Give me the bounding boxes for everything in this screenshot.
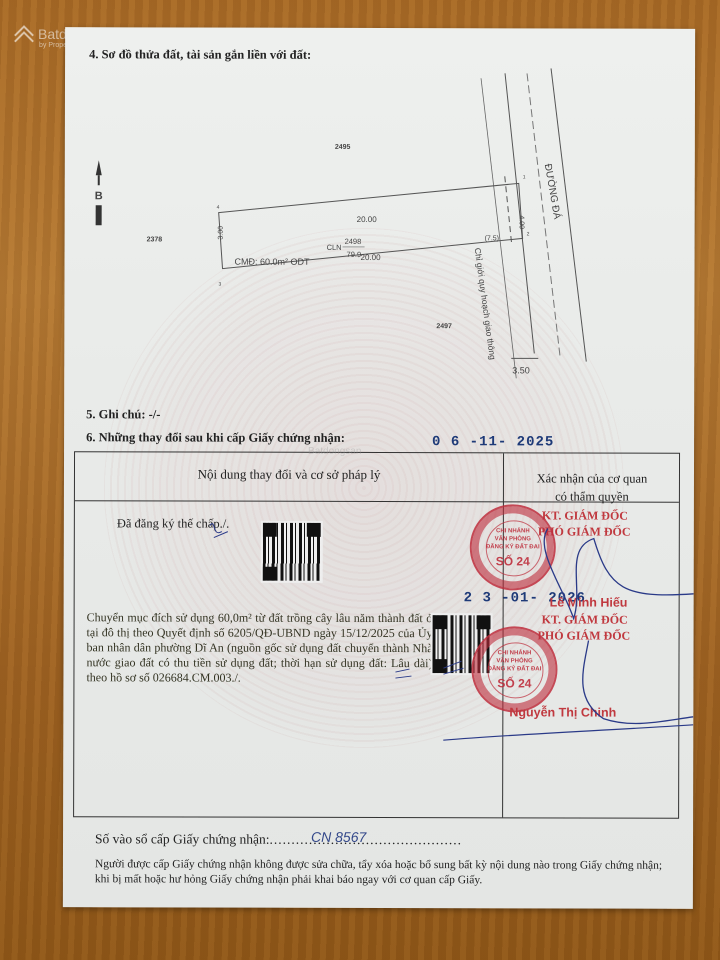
land-certificate-page: 4. Sơ đồ thửa đất, tài sản gắn liền với … [63,27,695,909]
svg-text:4: 4 [217,205,220,211]
batdongsan-logo-icon [14,26,34,42]
svg-text:3: 3 [218,282,221,288]
date-stamp-1: 0 6 -11- 2025 [432,434,554,450]
change-entry-mortgage: Đã đăng ký thế chấp./. [117,516,230,531]
official-seal-2: CHI NHÁNH VĂN PHÒNG ĐĂNG KÝ ĐẤT ĐAI SỐ 2… [471,626,557,712]
section-5-title: 5. Ghi chú: -/- [86,407,160,422]
svg-text:2495: 2495 [335,144,351,151]
official-seal-1: CHI NHÁNH VĂN PHÒNG ĐĂNG KÝ ĐẤT ĐAI SỐ 2… [470,504,556,590]
svg-text:2497: 2497 [436,323,452,330]
svg-text:CLN: CLN [327,243,342,252]
section-6-title: 6. Những thay đổi sau khi cấp Giấy chứng… [86,430,345,446]
svg-text:ĐƯỜNG ĐÁ: ĐƯỜNG ĐÁ [542,163,564,221]
svg-text:20.00: 20.00 [361,253,382,262]
svg-text:B: B [95,190,103,202]
signer-name-2: Nguyễn Thị Chinh [509,705,616,719]
column-header-content: Nội dung thay đổi và cơ sở pháp lý [75,466,503,483]
signer-name-1: Lê Minh Hiếu [550,595,628,609]
svg-text:4.00: 4.00 [518,215,525,229]
qr-code-icon[interactable] [261,521,323,583]
svg-text:3.00: 3.00 [218,226,225,240]
svg-text:1: 1 [523,174,526,180]
registry-number-line: Số vào sổ cấp Giấy chứng nhận:..........… [95,831,462,848]
svg-text:(7.5): (7.5) [485,235,499,242]
signer-title-2b: PHÓ GIÁM ĐỐC [538,628,631,643]
svg-text:2: 2 [527,231,530,237]
north-arrow-icon: B [95,160,103,225]
svg-text:2498: 2498 [345,237,362,246]
svg-text:Chỉ giới quy hoạch giao thông: Chỉ giới quy hoạch giao thông [473,247,498,360]
svg-text:2378: 2378 [147,236,163,243]
svg-text:79.9: 79.9 [347,250,362,259]
registry-number-value: CN 8567 [311,829,366,845]
signer-title-1a: KT. GIÁM ĐỐC [542,508,628,523]
footer-warning-note: Người được cấp Giấy chứng nhận không đượ… [95,857,675,889]
land-plot-diagram: B 2495 2378 2497 20.00 20.00 3.00 4.00 (… [64,27,695,429]
svg-text:3.50: 3.50 [512,365,530,375]
signer-title-2a: KT. GIÁM ĐỐC [542,612,628,627]
batdongsan-watermark-faint: Batdongsan [308,446,361,457]
svg-text:20.00: 20.00 [357,215,378,224]
change-entry-land-use: Chuyển mục đích sử dụng 60,0m² từ đất tr… [86,610,432,686]
column-header-confirmation: Xác nhận của cơ quan có thẩm quyền [505,469,679,505]
svg-text:CMĐ: 60.0m² ODT: CMĐ: 60.0m² ODT [235,257,311,267]
